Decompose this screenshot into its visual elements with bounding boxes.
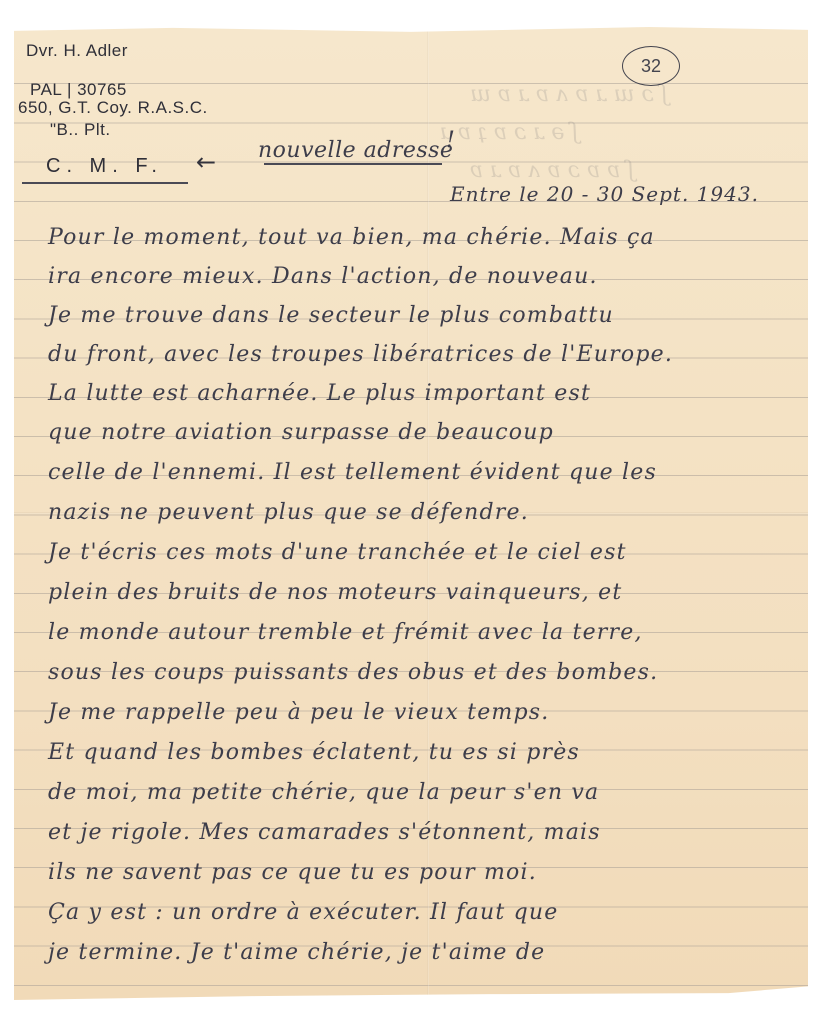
- sender-service-number: PAL | 30765: [30, 80, 127, 100]
- body-line: Je t'écris ces mots d'une tranchée et le…: [48, 540, 627, 565]
- sender-unit: 650, G.T. Coy. R.A.S.C.: [18, 98, 208, 118]
- body-line: ils ne savent pas ce que tu es pour moi.: [48, 860, 537, 885]
- bleed-through-text: ʃ ɔ ɯ ɹ ɐ ʌ ɐ ɹ ɐ ɯ: [470, 82, 667, 107]
- page-number-circle: 32: [622, 46, 680, 86]
- new-address-underline: [264, 163, 442, 165]
- body-line: du front, avec les troupes libératrices …: [48, 342, 673, 367]
- sender-platoon: "B.. Plt.: [50, 120, 111, 140]
- arrow-left-icon: ←: [196, 148, 217, 176]
- body-line: Je me rappelle peu à peu le vieux temps.: [48, 700, 549, 725]
- body-line: La lutte est acharnée. Le plus important…: [48, 381, 591, 406]
- body-line: Pour le moment, tout va bien, ma chérie.…: [48, 225, 655, 250]
- bleed-through-text: ʃ ɐ ɐ ɔ ɐ ʌ ɐ ɹ ɐ: [470, 158, 633, 183]
- body-line: et je rigole. Mes camarades s'étonnent, …: [48, 820, 601, 845]
- address-underline: [22, 182, 188, 184]
- body-line: ira encore mieux. Dans l'action, de nouv…: [48, 264, 598, 289]
- new-address-exclamation: !: [446, 128, 455, 153]
- body-line: Je me trouve dans le secteur le plus com…: [48, 303, 614, 328]
- body-line: que notre aviation surpasse de beaucoup: [48, 420, 554, 445]
- sender-cmf: C. M. F.: [46, 155, 163, 178]
- body-line: je termine. Je t'aime chérie, je t'aime …: [48, 940, 545, 965]
- date-line: Entre le 20 - 30 Sept. 1943.: [450, 182, 759, 206]
- body-line: Ça y est : un ordre à exécuter. Il faut …: [48, 900, 558, 925]
- body-line: le monde autour tremble et frémit avec l…: [48, 620, 643, 645]
- body-line: nazis ne peuvent plus que se défendre.: [48, 500, 529, 525]
- body-line: de moi, ma petite chérie, que la peur s'…: [48, 780, 599, 805]
- bleed-through-text: ʃ ǝ ɹ ɔ ɐ ʇ ɐ ɹ: [440, 120, 577, 145]
- body-line: Et quand les bombes éclatent, tu es si p…: [48, 740, 580, 765]
- body-line: plein des bruits de nos moteurs vainqueu…: [48, 580, 622, 605]
- new-address-note: nouvelle adresse: [258, 138, 453, 163]
- body-line: celle de l'ennemi. Il est tellement évid…: [48, 460, 657, 485]
- body-line: sous les coups puissants des obus et des…: [48, 660, 658, 685]
- sender-name: Dvr. H. Adler: [26, 41, 128, 61]
